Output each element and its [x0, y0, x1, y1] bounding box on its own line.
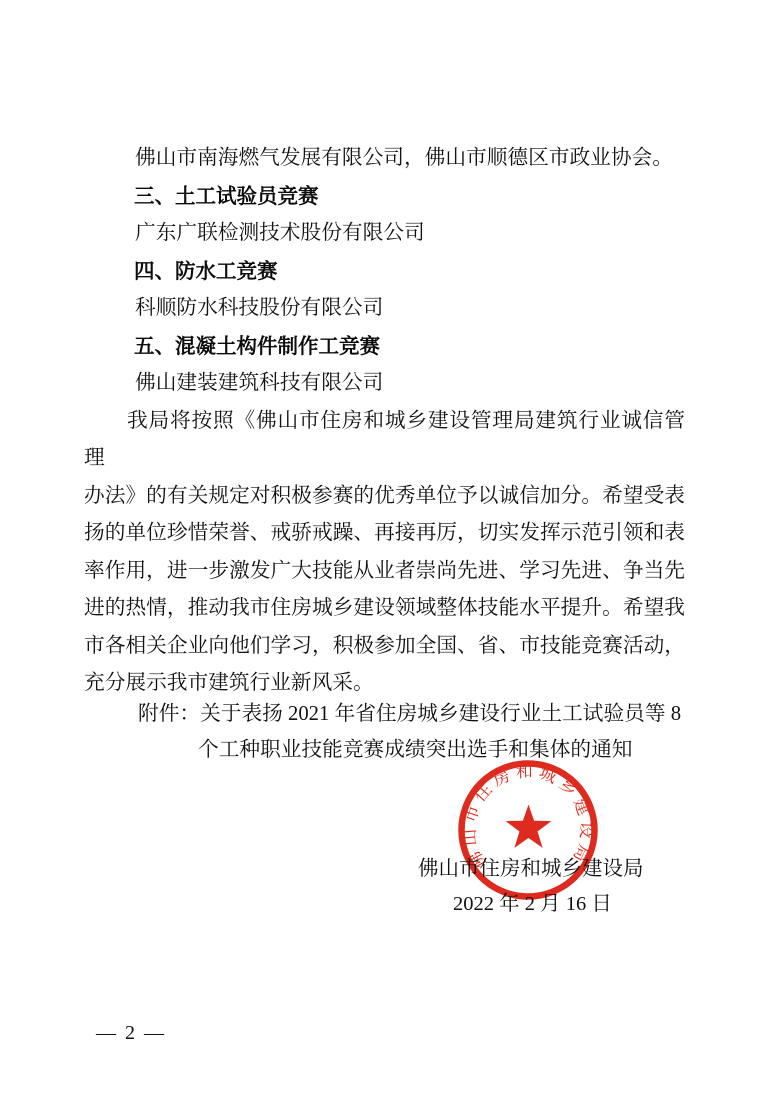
paragraph-line: 进的热情，推动我市住房城乡建设领域整体技能水平提升。希望我	[84, 590, 685, 628]
attachment-line-1: 附件：关于表扬 2021 年省住房城乡建设行业土工试验员等 8	[138, 696, 698, 732]
paragraph-line: 我局将按照《佛山市住房和城乡建设管理局建筑行业诚信管理	[84, 403, 685, 478]
company-name: 广东广联检测技术股份有限公司	[84, 215, 685, 253]
company-name: 科顺防水科技股份有限公司	[84, 290, 685, 328]
seal-star-icon	[506, 805, 552, 848]
paragraph-line: 办法》的有关规定对积极参赛的优秀单位予以诚信加分。希望受表	[84, 478, 685, 516]
section-heading-3: 三、土工试验员竞赛	[84, 178, 685, 216]
continuation-line: 佛山市南海燃气发展有限公司，佛山市顺德区市政业协会。	[84, 140, 685, 178]
paragraph-line: 扬的单位珍惜荣誉、戒骄戒躁、再接再厉，切实发挥示范引领和表	[84, 515, 685, 553]
page-number: — 2 —	[96, 1022, 166, 1045]
document-page: 佛山市南海燃气发展有限公司，佛山市顺德区市政业协会。 三、土工试验员竞赛 广东广…	[0, 0, 779, 1103]
document-body: 佛山市南海燃气发展有限公司，佛山市顺德区市政业协会。 三、土工试验员竞赛 广东广…	[84, 140, 685, 703]
section-heading-5: 五、混凝土构件制作工竞赛	[84, 328, 685, 366]
section-heading-4: 四、防水工竞赛	[84, 253, 685, 291]
attachment-line-2: 个工种职业技能竞赛成绩突出选手和集体的通知	[198, 732, 698, 768]
signature-date: 2022 年 2 月 16 日	[453, 886, 612, 916]
signature-org: 佛山市住房和城乡建设局	[418, 851, 644, 881]
paragraph-line: 率作用，进一步激发广大技能从业者崇尚先进、学习先进、争当先	[84, 553, 685, 591]
paragraph-line: 市各相关企业向他们学习，积极参加全国、省、市技能竞赛活动，	[84, 628, 685, 666]
attachment-reference: 附件：关于表扬 2021 年省住房城乡建设行业土工试验员等 8 个工种职业技能竞…	[138, 696, 698, 768]
company-name: 佛山建装建筑科技有限公司	[84, 365, 685, 403]
